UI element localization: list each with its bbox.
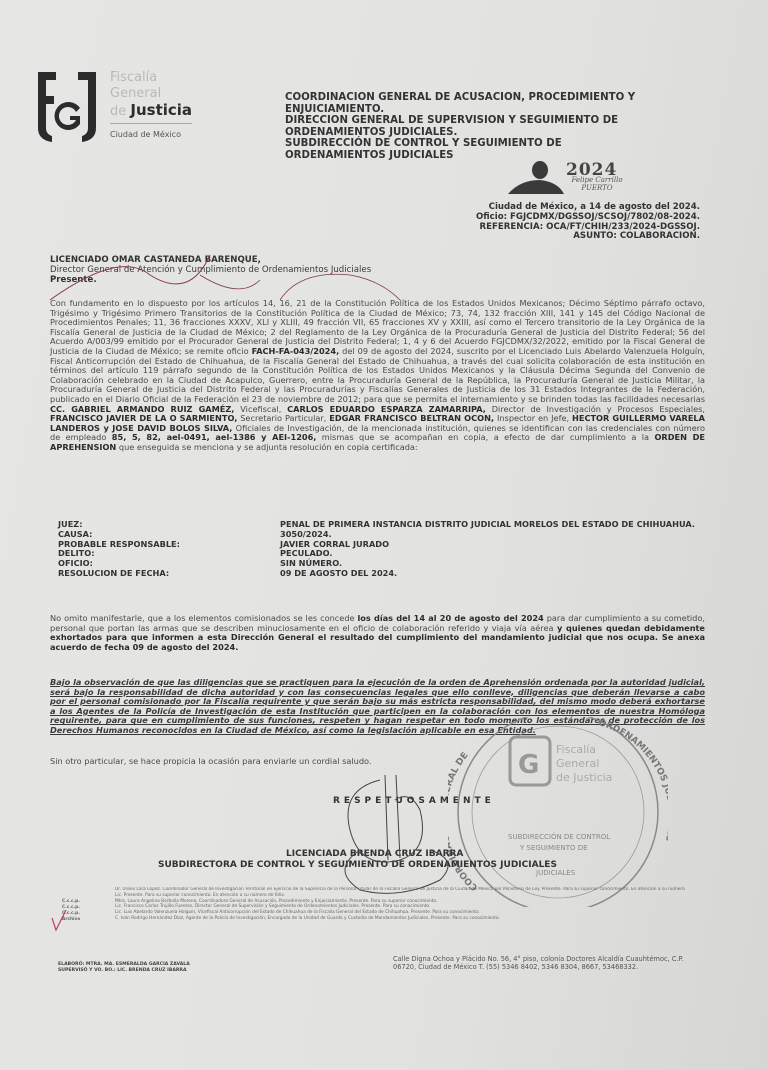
logo-city: Ciudad de México xyxy=(110,123,192,143)
year-emblem: 2024 Felipe CarrilloPUERTO xyxy=(500,160,660,194)
case-details-table: JUEZ:PENAL DE PRIMERA INSTANCIA DISTRITO… xyxy=(58,520,700,579)
addressee-position: Director General de Atención y Cumplimie… xyxy=(50,266,371,276)
letterhead-heading: COORDINACION GENERAL DE ACUSACION, PROCE… xyxy=(285,92,685,162)
table-row: DELITO:PECULADO. xyxy=(58,549,700,559)
table-row: RESOLUCION DE FECHA:09 DE AGOSTO DEL 202… xyxy=(58,569,700,579)
logo-wordmark: Fiscalía General de Justicia Ciudad de M… xyxy=(110,70,192,143)
table-row: PROBABLE RESPONSABLE:JAVIER CORRAL JURAD… xyxy=(58,540,700,550)
portrait-icon xyxy=(500,160,566,194)
svg-text:de Justicia: de Justicia xyxy=(556,771,612,784)
signer-title: SUBDIRECTORA DE CONTROL Y SEGUIMIENTO DE… xyxy=(158,860,557,870)
table-row: JUEZ:PENAL DE PRIMERA INSTANCIA DISTRITO… xyxy=(58,520,700,530)
greeting: Presente. xyxy=(50,276,371,286)
ccp-list: Dr. Ulises Lara López. Coordinador Gener… xyxy=(115,887,685,922)
paragraph-commission-dates: No omito manifestarle, que a los element… xyxy=(50,614,705,652)
list-item: Dr. Ulises Lara López. Coordinador Gener… xyxy=(115,887,685,893)
fgj-emblem-icon xyxy=(34,68,100,144)
addressee: LICENCIADO OMAR CASTANEDA BARENQUE, Dire… xyxy=(50,256,371,285)
ccp-labels: C.c.c.p. C.c.c.p. C.c.c.p. Archivo xyxy=(62,899,80,923)
signer-name: LICENCIADA BRENDA CRUZ IBARRA xyxy=(286,849,463,859)
svg-text:General: General xyxy=(556,757,599,770)
svg-text:Fiscalía: Fiscalía xyxy=(556,743,596,756)
oficio-meta: Ciudad de México, a 14 de agosto del 202… xyxy=(476,203,700,242)
svg-text:JUDICIALES: JUDICIALES xyxy=(535,869,576,877)
office-address: Calle Digna Ochoa y Plácido No. 56, 4° p… xyxy=(393,955,693,971)
prepared-by: ELABORÓ: MTRA. MA. ESMERALDA GARCIA ZAVA… xyxy=(58,962,190,974)
svg-text:COORDINACION GENERAL DE: COORDINACION GENERAL DE xyxy=(448,751,480,892)
official-stamp-icon: COORDINACION GENERAL DE ORDENAMIENTOS JU… xyxy=(448,717,668,907)
svg-text:Y SEGUIMIENTO DE: Y SEGUIMIENTO DE xyxy=(519,844,588,852)
paragraph-legal-basis: Con fundamento en lo dispuesto por los a… xyxy=(50,299,705,453)
closing-word: RESPETUOSAMENTE xyxy=(333,796,495,806)
list-item: C. Iván Rodrigo Hernández Díaz, Agente d… xyxy=(115,916,685,922)
fgj-logo: Fiscalía General de Justicia Ciudad de M… xyxy=(34,68,234,148)
svg-text:SUBDIRECCIÓN DE CONTROL: SUBDIRECCIÓN DE CONTROL xyxy=(508,832,610,841)
document-page: Fiscalía General de Justicia Ciudad de M… xyxy=(0,0,768,1070)
svg-text:G: G xyxy=(518,750,539,780)
asunto: ASUNTO: COLABORACION. xyxy=(476,232,700,242)
